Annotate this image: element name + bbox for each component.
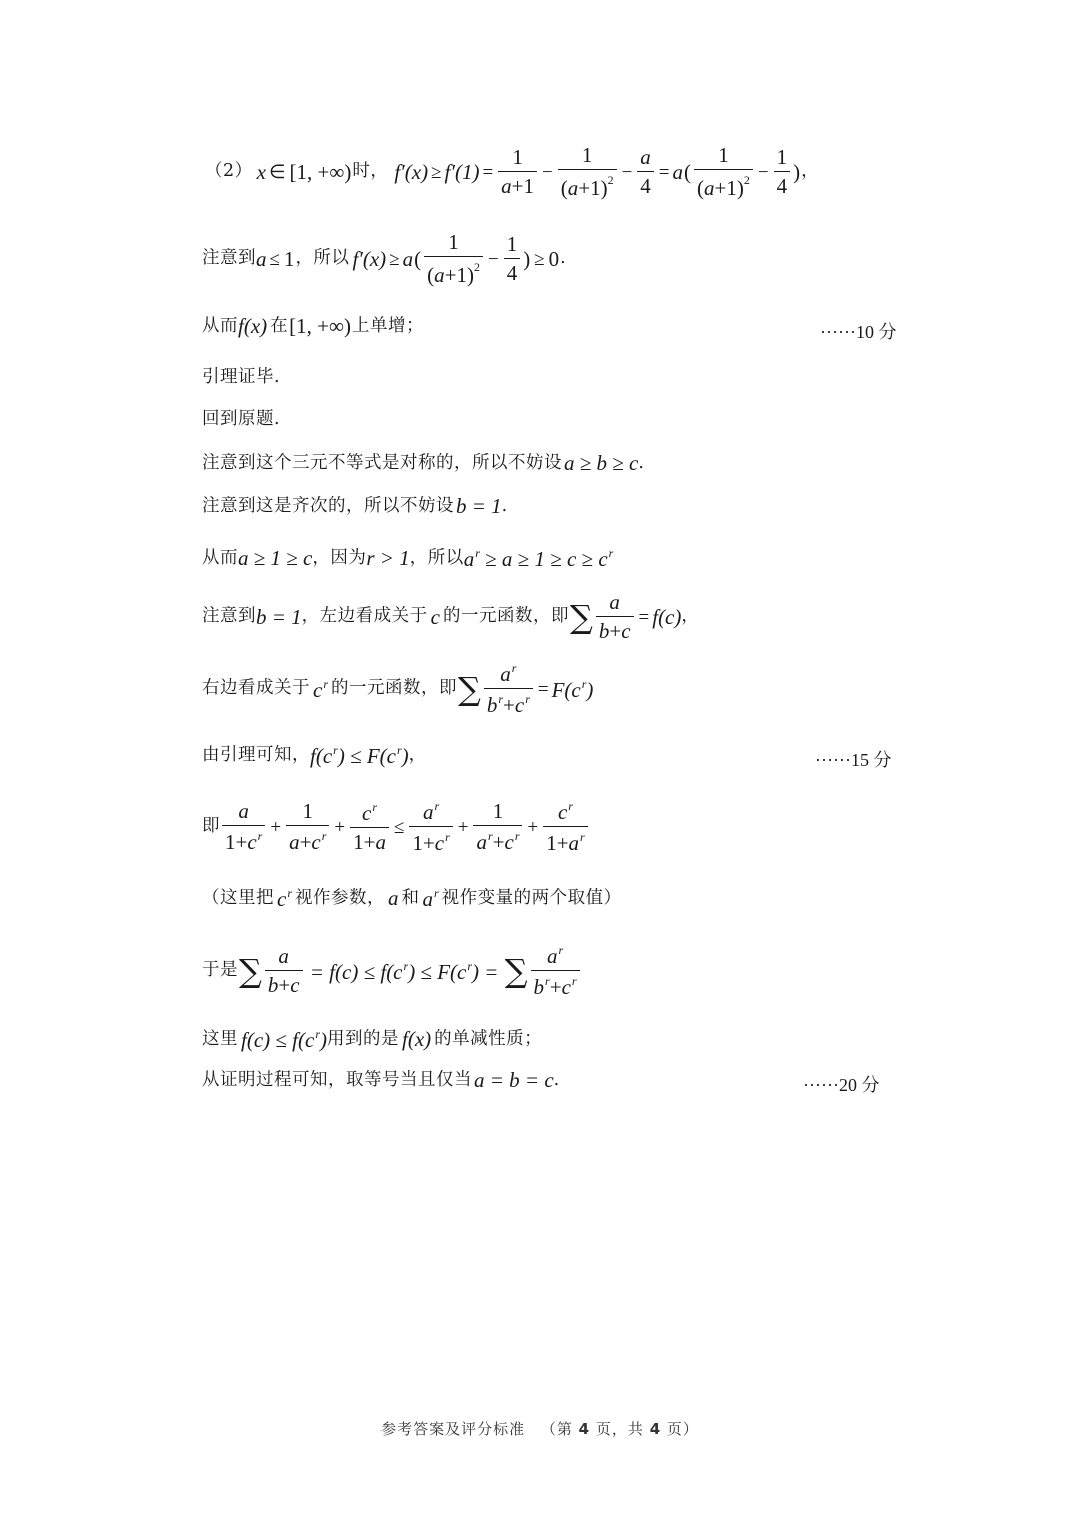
text: ，所以 [295, 250, 349, 268]
text: 注意到这个三元不等式是对称的，所以不妨设 [202, 455, 562, 473]
text: 从证明过程可知，取等号当且仅当 [202, 1072, 472, 1090]
paren: ) [522, 249, 531, 270]
sum-icon: ∑ [458, 673, 481, 705]
text: ，因为 [312, 550, 366, 568]
math: a ≥ 1 ≥ c [238, 548, 312, 569]
footer-page-number: 4 [579, 1420, 590, 1438]
sum-icon: ∑ [570, 601, 593, 633]
frac-ar-brcr: arbr+cr [531, 944, 580, 998]
line-increasing: 从而 f(x) 在 [1, +∞) 上单增； [202, 316, 424, 337]
suffix: . [502, 498, 508, 516]
frac-a-bc: ab+c [265, 946, 303, 996]
text: 注意到 [202, 250, 256, 268]
interval: [1, +∞) [288, 316, 352, 337]
math-b1: b = 1 [456, 496, 502, 517]
op-eq: = [656, 163, 673, 182]
suffix: ， [801, 163, 819, 181]
text: 在 [270, 318, 288, 336]
frac-ar-brcr: arbr+cr [484, 662, 533, 716]
op-geq: ≥ [386, 250, 402, 269]
op-geq: ≥ [531, 250, 547, 269]
math-fx: f(x) [238, 316, 267, 337]
var-x: x [257, 162, 266, 183]
footer-label: 参考答案及评分标准 [381, 1420, 525, 1438]
line-homogeneous: 注意到这是齐次的，所以不妨设 b = 1 . [202, 496, 508, 517]
math-fprime: f′(x) [394, 162, 428, 183]
line-by-lemma: 由引理可知， f(cr) ≤ F(cr) ， [202, 744, 427, 767]
document-page: （2） x∈[1, +∞) 时， f′(x)≥f′(1)= 1a+1 − 1(a… [0, 0, 1080, 1529]
suffix: . [638, 455, 644, 473]
line-order: 从而 a ≥ 1 ≥ c ，因为 r > 1 ，所以 ar ≥ a ≥ 1 ≥ … [202, 547, 613, 570]
text: 从而 [202, 318, 238, 336]
suffix: . [560, 250, 566, 268]
text: 于是 [202, 962, 238, 980]
text: 引理证毕. [202, 369, 280, 387]
text: 这里 [202, 1031, 238, 1049]
text: 右边看成关于 [202, 680, 310, 698]
text: ，左边看成关于 [302, 608, 428, 626]
footer-close: 页） [667, 1420, 699, 1438]
var-a: a [256, 249, 267, 270]
frac-1-4: 14 [504, 234, 521, 284]
op-eq: = [535, 680, 552, 699]
op-minus: − [485, 250, 502, 269]
op-eq: = [479, 163, 496, 182]
frac: cr1+ar [543, 800, 588, 854]
suffix: ， [409, 747, 427, 765]
score-10: ······10 分 [820, 318, 896, 344]
paren: ( [683, 162, 692, 183]
text: （这里把 [202, 890, 274, 908]
text: 和 [402, 890, 420, 908]
op-plus: + [455, 818, 472, 837]
text-when: 时， [352, 163, 388, 181]
frac-1-a1: 1a+1 [498, 147, 537, 197]
suffix: . [554, 1072, 560, 1090]
var-ar: ar [423, 887, 439, 910]
text: 用到的是 [327, 1031, 399, 1049]
score-20: ······20 分 [803, 1071, 879, 1097]
line-left-fn: 注意到 b = 1 ，左边看成关于 c 的一元函数，即 ∑ ab+c =f(c)… [202, 592, 699, 642]
var-c: c [431, 607, 440, 628]
math: b = 1 [256, 607, 302, 628]
op-minus: − [619, 163, 636, 182]
line-expanded: 即 a1+cr + 1a+cr + cr1+a ≤ ar1+cr + 1ar+c… [202, 800, 590, 854]
frac: 1ar+cr [473, 801, 522, 853]
num: 0 [548, 249, 561, 270]
part-label: （2） [205, 163, 253, 181]
text: 的一元函数，即 [443, 608, 569, 626]
math-fc-fcr: f(c) ≤ f(cr) [241, 1028, 327, 1051]
line-chain: 于是 ∑ ab+c = f(c) ≤ f(cr) ≤ F(cr) = ∑ arb… [202, 944, 582, 998]
math-order: a ≥ b ≥ c [564, 453, 638, 474]
frac-a-bc: ab+c [596, 592, 634, 642]
line-back: 回到原题. [202, 411, 280, 429]
frac: cr1+a [350, 801, 389, 853]
frac: 1a+cr [286, 801, 329, 853]
line-equality: 从证明过程可知，取等号当且仅当 a = b = c . [202, 1070, 560, 1091]
text: 由引理可知， [202, 747, 310, 765]
op-plus: + [267, 818, 284, 837]
frac: a1+cr [222, 801, 265, 853]
op-minus: − [539, 163, 556, 182]
text: 即 [202, 818, 220, 836]
num: 1 [283, 249, 296, 270]
op-plus: + [331, 818, 348, 837]
op-minus: − [755, 163, 772, 182]
math-Fcr: F(cr) [552, 678, 594, 701]
math-fprime1: f′(1) [445, 162, 480, 183]
line-note-a: 注意到 a≤1 ，所以 f′(x)≥a( 1(a+1)2 − 14 )≥0. [202, 232, 566, 286]
op-plus: + [524, 818, 541, 837]
text: 从而 [202, 550, 238, 568]
math-chain: = f(c) ≤ f(cr) ≤ F(cr) = [305, 960, 504, 983]
math: r > 1 [366, 548, 409, 569]
math-chain: ar ≥ a ≥ 1 ≥ c ≥ cr [464, 547, 614, 570]
text: 注意到 [202, 608, 256, 626]
score-15: ······15 分 [815, 746, 891, 772]
text: 上单增； [352, 318, 424, 336]
var-cr: cr [313, 678, 328, 701]
math-equal: a = b = c [474, 1070, 554, 1091]
suffix: ， [681, 608, 699, 626]
footer-open: （第 [541, 1420, 573, 1438]
line-right-fn: 右边看成关于 cr 的一元函数，即 ∑ arbr+cr =F(cr) [202, 662, 593, 716]
footer-mid: 页，共 [596, 1420, 644, 1438]
paren: ) [792, 162, 801, 183]
sum-icon: ∑ [239, 955, 262, 987]
text: 的一元函数，即 [331, 680, 457, 698]
text: 回到原题. [202, 411, 280, 429]
op-geq: ≥ [428, 163, 444, 182]
math-fx: f(x) [402, 1029, 431, 1050]
op-leq: ≤ [391, 818, 407, 837]
line-remark: （这里把 cr 视作参数， a 和 ar 视作变量的两个取值） [202, 887, 622, 910]
frac-a-4: a4 [637, 147, 654, 197]
frac-1-a1sq: 1(a+1)2 [694, 145, 753, 199]
op-eq: = [636, 608, 653, 627]
frac-1-4: 14 [774, 147, 791, 197]
frac-1-a1sq: 1(a+1)2 [558, 145, 617, 199]
frac-1-a1sq: 1(a+1)2 [424, 232, 483, 286]
var-a: a [388, 888, 399, 909]
footer-page-total: 4 [650, 1420, 661, 1438]
var-a: a [403, 249, 414, 270]
line-part2: （2） x∈[1, +∞) 时， f′(x)≥f′(1)= 1a+1 − 1(a… [205, 145, 819, 199]
math-fc: f(c) [652, 607, 681, 628]
interval: [1, +∞) [289, 162, 353, 183]
var-cr: cr [277, 887, 292, 910]
paren: ( [413, 249, 422, 270]
line-lemma-done: 引理证毕. [202, 369, 280, 387]
op-in: ∈ [266, 163, 289, 182]
text: 视作变量的两个取值） [442, 890, 622, 908]
math-ineq: f(cr) ≤ F(cr) [310, 744, 409, 767]
text: 注意到这是齐次的，所以不妨设 [202, 498, 454, 516]
line-uses: 这里 f(c) ≤ f(cr) 用到的是 f(x) 的单减性质； [202, 1028, 542, 1051]
sum-icon: ∑ [505, 955, 528, 987]
op-leq: ≤ [267, 250, 283, 269]
text: 的单减性质； [434, 1031, 542, 1049]
line-symmetric: 注意到这个三元不等式是对称的，所以不妨设 a ≥ b ≥ c . [202, 453, 644, 474]
math-fprime: f′(x) [352, 249, 386, 270]
var-a: a [673, 162, 684, 183]
page-footer: 参考答案及评分标准 （第 4 页，共 4 页） [0, 1418, 1080, 1439]
frac: ar1+cr [409, 800, 452, 854]
text: ，所以 [410, 550, 464, 568]
text: 视作参数， [295, 890, 385, 908]
